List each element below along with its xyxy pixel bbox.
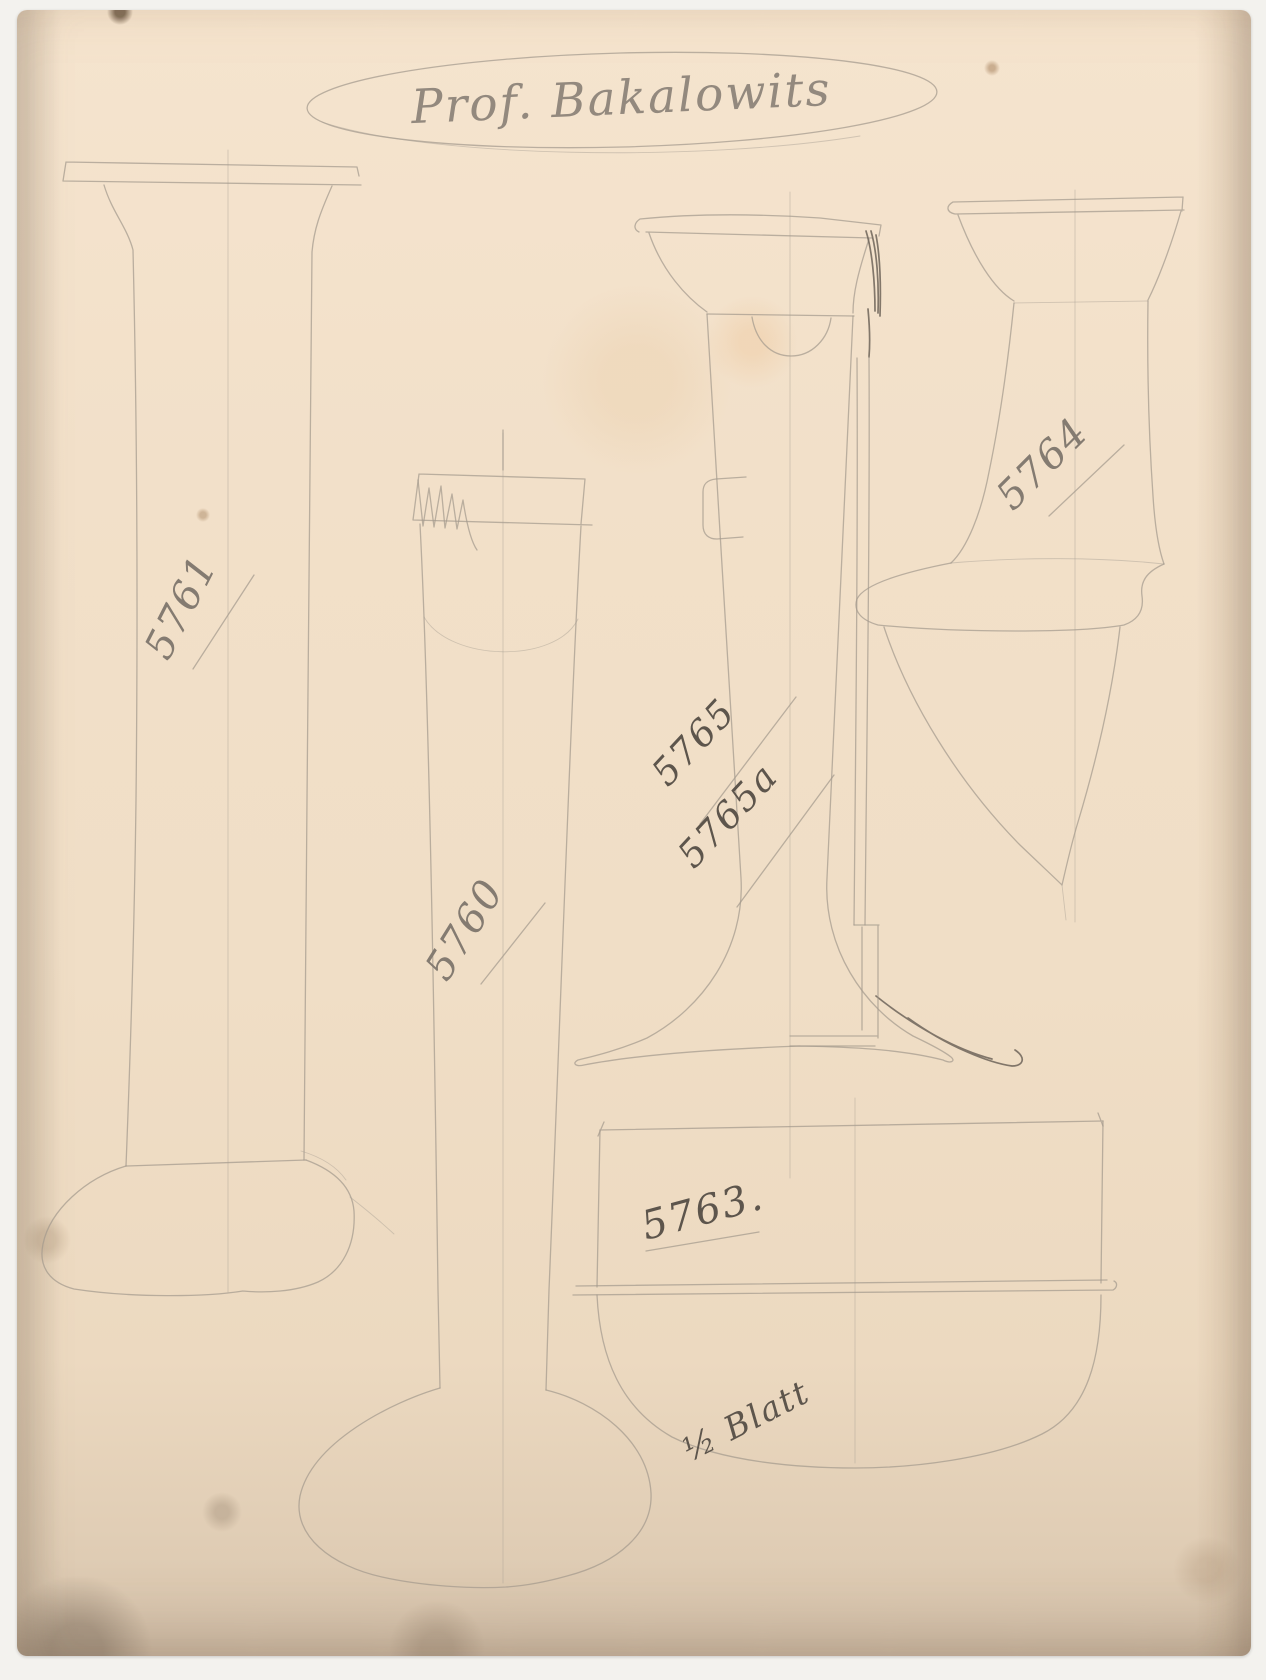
vase-5764-shoulder-top-line: [951, 559, 1164, 564]
bowl-5763-top-line: [598, 1113, 1103, 1136]
vase-5760-rim-band: [413, 474, 592, 525]
vase-5761-bulb-base: [42, 1160, 354, 1296]
vase-5761-label: 5761: [136, 548, 227, 667]
title-text: Prof. Bakalowits: [409, 62, 833, 135]
vase-5764-neck-line: [1014, 301, 1148, 303]
vase-5761-body-outline: [104, 185, 332, 1166]
vase-5764-shoulder: [856, 563, 1164, 631]
vase-5765-rim: [635, 215, 881, 238]
vase-5761-rim: [63, 162, 361, 185]
half-size-annotation: ½ Blatt: [676, 1372, 816, 1469]
vase-5765-small-bracket: [703, 477, 746, 539]
bowl-5763-drawing: 5763. ½ Blatt: [573, 1098, 1117, 1469]
vase-5761-drawing: 5761: [42, 150, 394, 1296]
vase-5760-inner-arc: [424, 617, 578, 652]
vase-5765a-handle-top-scribble: [866, 231, 880, 357]
vase-5764-label: 5764: [988, 409, 1098, 519]
vase-5765-body-bell-outline: [575, 314, 953, 1066]
vase-5764-cup-sides: [958, 211, 1181, 301]
vase-5764-tip-tick: [1062, 885, 1066, 920]
vase-5765a-handle-verticals: [854, 357, 869, 925]
vase-5760-bulb-base: [299, 1388, 651, 1588]
vase-5765-neck-line: [707, 314, 854, 316]
vase-5760-drawing: 5760: [299, 430, 651, 1588]
vase-5760-rim-scribble: [418, 480, 477, 550]
vase-5765-drawing: 5765 5765a: [575, 192, 1022, 1178]
vase-5764-rim: [948, 197, 1184, 214]
vase-5764-ovoid-body: [884, 627, 1120, 885]
bowl-5763-label: 5763.: [637, 1173, 769, 1250]
bowl-5763-waterline: [573, 1280, 1117, 1295]
vase-5764-drawing: 5764: [856, 190, 1184, 922]
vase-5765a-handle-hook: [790, 925, 879, 1046]
vase-5765-funnel: [649, 233, 869, 313]
vase-5765-label: 5765: [643, 690, 744, 794]
title-cartouche: Prof. Bakalowits: [306, 45, 938, 155]
vase-5765-inner-arc: [752, 317, 831, 356]
pencil-drawing-layer: Prof. Bakalowits 5761 5760: [0, 0, 1266, 1680]
bowl-5763-bottom-curve: [597, 1295, 1101, 1468]
vase-5761-shoulder-line: [126, 1160, 306, 1166]
